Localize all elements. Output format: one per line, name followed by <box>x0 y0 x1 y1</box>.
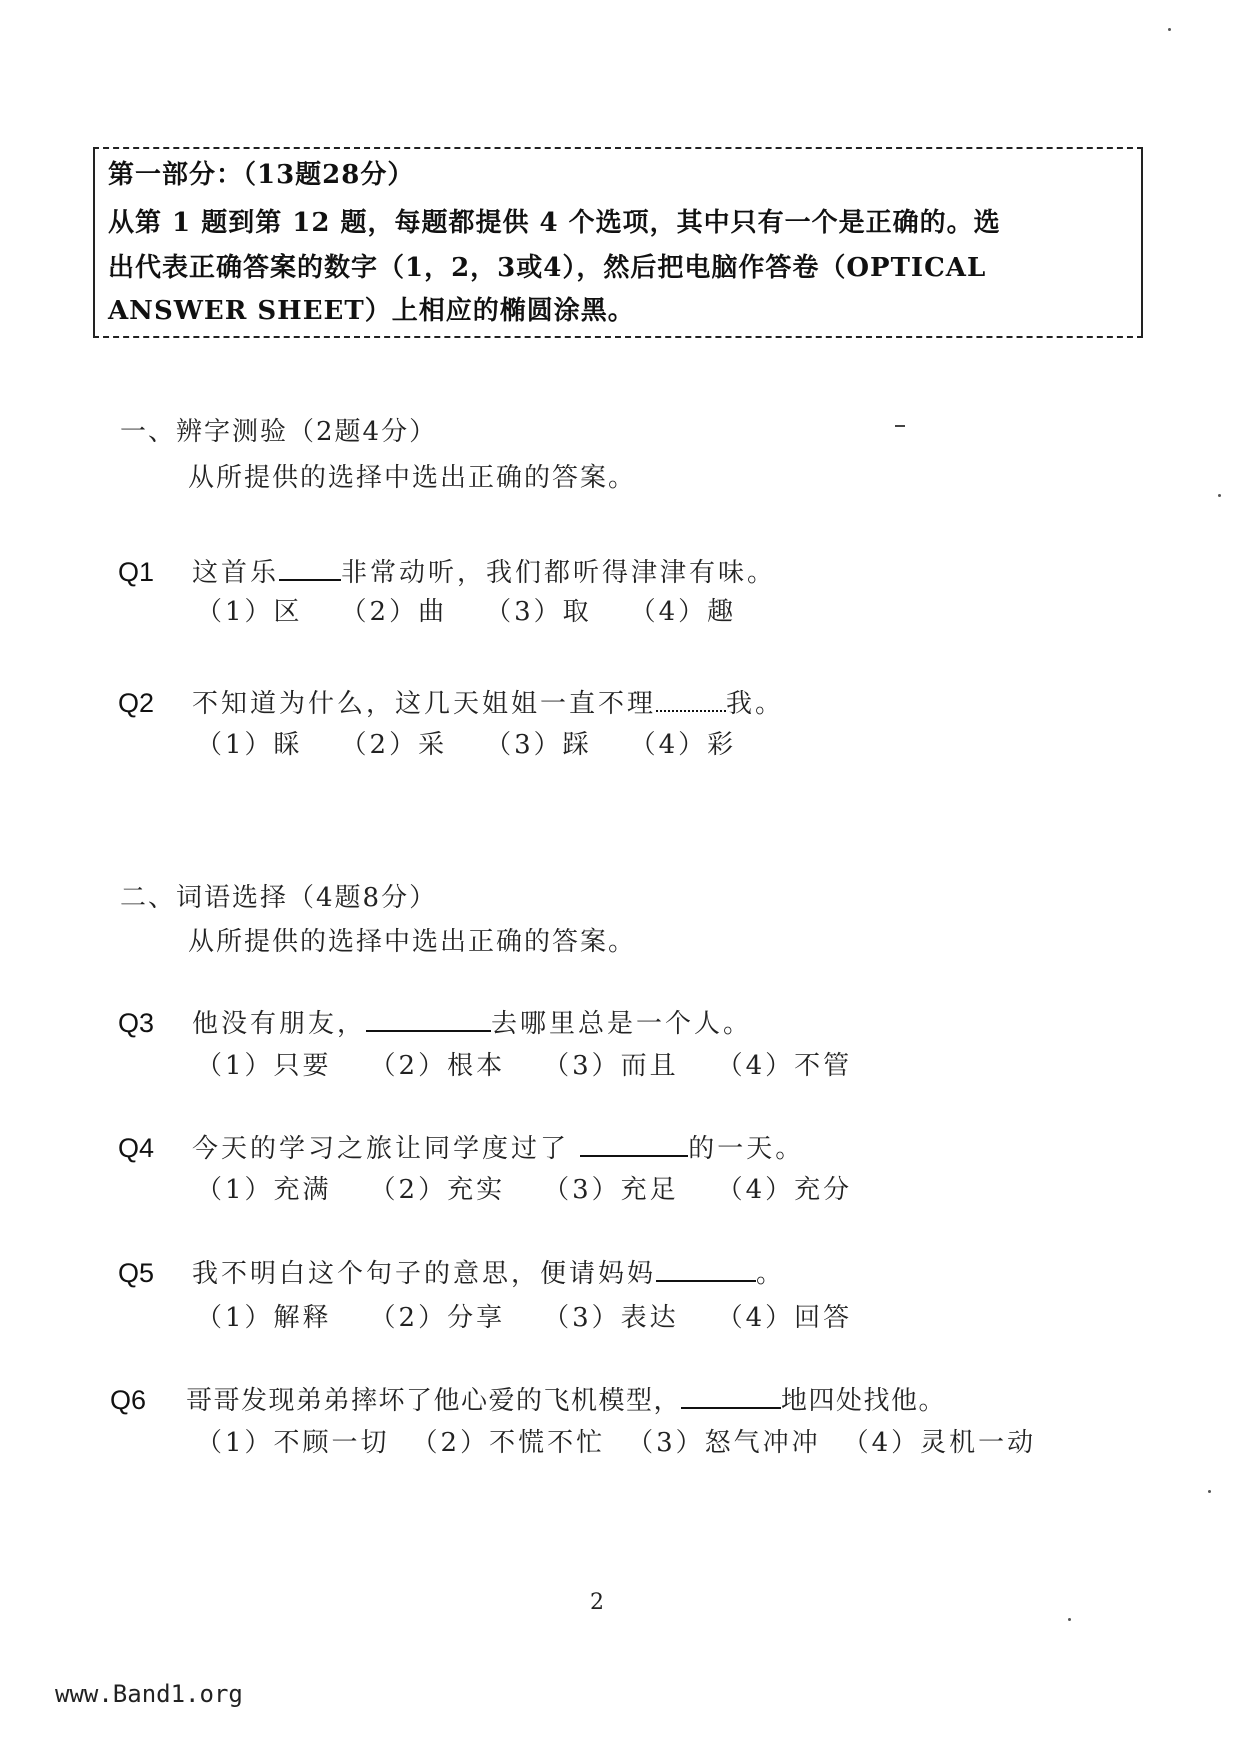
question-text-before: 哥哥发现弟弟摔坏了他心爱的飞机模型， <box>186 1386 681 1416</box>
option-2: （2）曲 <box>341 597 448 627</box>
question-label: Q6 <box>110 1385 146 1415</box>
question-text-after: 我。 <box>726 689 784 719</box>
question-text: 哥哥发现弟弟摔坏了他心爱的飞机模型，地四处找他。 <box>186 1385 946 1416</box>
option-1: （1）解释 <box>196 1303 332 1333</box>
option-1: （1）睬 <box>196 730 303 760</box>
option-1: （1）区 <box>196 597 303 627</box>
answer-blank <box>279 557 341 581</box>
question-text-before: 他没有朋友， <box>192 1009 366 1039</box>
option-4: （4）不管 <box>717 1051 853 1081</box>
option-4: （4）灵机一动 <box>843 1428 1037 1458</box>
instructions-line-3: ANSWER SHEET）上相应的椭圆涂黑。 <box>108 296 635 326</box>
question-text: 不知道为什么，这几天姐姐一直不理我。 <box>192 688 784 719</box>
scan-speck <box>1218 494 1221 497</box>
answer-blank <box>366 1008 491 1032</box>
option-3: （3）而且 <box>543 1051 679 1081</box>
question-text-before: 我不明白这个句子的意思，便请妈妈 <box>192 1259 656 1289</box>
instructions-line-2: 出代表正确答案的数字（1，2，3或4），然后把电脑作答卷（OPTICAL <box>108 253 986 283</box>
section-title: 二、词语选择（4题8分） <box>120 883 437 913</box>
scan-speck <box>1168 28 1171 31</box>
question-text-after: 地四处找他。 <box>781 1386 946 1416</box>
options-row: （1）睬 （2）采 （3）踩 （4）彩 <box>196 730 736 760</box>
question-text-before: 不知道为什么，这几天姐姐一直不理 <box>192 689 656 719</box>
option-1: （1）只要 <box>196 1051 332 1081</box>
option-4: （4）彩 <box>630 730 737 760</box>
answer-blank <box>681 1385 781 1409</box>
option-3: （3）表达 <box>543 1303 679 1333</box>
scan-speck <box>1208 1490 1211 1493</box>
option-3: （3）怒气冲冲 <box>627 1428 821 1458</box>
option-2: （2）根本 <box>370 1051 506 1081</box>
option-4: （4）回答 <box>717 1303 853 1333</box>
options-row: （1）区 （2）曲 （3）取 （4）趣 <box>196 597 736 627</box>
part-title: 第一部分：（13题28分） <box>108 160 414 190</box>
answer-blank <box>656 1258 756 1282</box>
question-text-after: 去哪里总是一个人。 <box>491 1009 752 1039</box>
section-subtitle: 从所提供的选择中选出正确的答案。 <box>188 927 636 957</box>
question-text: 这首乐非常动听，我们都听得津津有味。 <box>192 557 776 588</box>
question-label: Q5 <box>118 1258 154 1288</box>
question-text: 今天的学习之旅让同学度过了 的一天。 <box>192 1133 804 1164</box>
answer-blank <box>656 688 726 712</box>
option-1: （1）不顾一切 <box>196 1428 390 1458</box>
options-row: （1）只要 （2）根本 （3）而且 （4）不管 <box>196 1051 852 1081</box>
question-text-before: 今天的学习之旅让同学度过了 <box>192 1134 580 1164</box>
options-row: （1）充满 （2）充实 （3）充足 （4）充分 <box>196 1175 852 1205</box>
question-label: Q3 <box>118 1008 154 1038</box>
question-text-after: 的一天。 <box>688 1134 804 1164</box>
section-title: 一、辨字测验（2题4分） <box>120 417 437 447</box>
question-text-before: 这首乐 <box>192 558 279 588</box>
section-subtitle: 从所提供的选择中选出正确的答案。 <box>188 463 636 493</box>
question-text: 我不明白这个句子的意思，便请妈妈。 <box>192 1258 785 1289</box>
scan-speck <box>1068 1618 1071 1621</box>
option-2: （2）采 <box>341 730 448 760</box>
option-3: （3）踩 <box>485 730 592 760</box>
option-4: （4）趣 <box>630 597 737 627</box>
options-row: （1）不顾一切 （2）不慌不忙 （3）怒气冲冲 （4）灵机一动 <box>196 1428 1036 1458</box>
question-text: 他没有朋友，去哪里总是一个人。 <box>192 1008 752 1039</box>
options-row: （1）解释 （2）分享 （3）表达 （4）回答 <box>196 1303 852 1333</box>
answer-blank <box>580 1133 688 1157</box>
option-2: （2）充实 <box>370 1175 506 1205</box>
watermark: www.Band1.org <box>55 1680 243 1708</box>
question-label: Q2 <box>118 688 154 718</box>
instructions-line-1: 从第 1 题到第 12 题，每题都提供 4 个选项，其中只有一个是正确的。选 <box>108 208 1001 238</box>
question-text-after: 非常动听，我们都听得津津有味。 <box>341 558 776 588</box>
option-3: （3）充足 <box>543 1175 679 1205</box>
option-1: （1）充满 <box>196 1175 332 1205</box>
option-4: （4）充分 <box>717 1175 853 1205</box>
question-label: Q1 <box>118 557 154 587</box>
question-label: Q4 <box>118 1133 154 1163</box>
option-2: （2）不慌不忙 <box>412 1428 606 1458</box>
scan-mark <box>895 425 905 427</box>
option-2: （2）分享 <box>370 1303 506 1333</box>
page-number: 2 <box>590 1590 604 1615</box>
option-3: （3）取 <box>485 597 592 627</box>
question-text-after: 。 <box>756 1259 785 1289</box>
